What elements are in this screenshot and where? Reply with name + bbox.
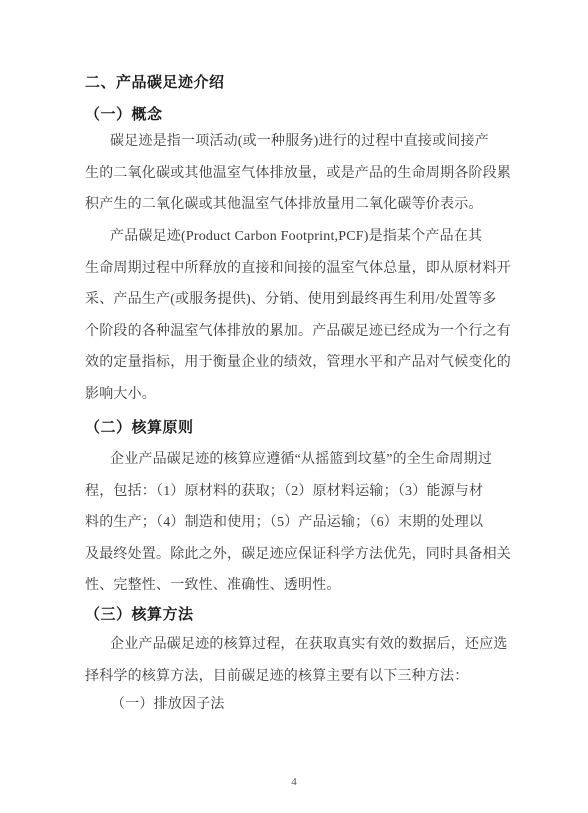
section-title-accounting-methods: （三）核算方法: [85, 605, 194, 625]
page-number: 4: [0, 775, 588, 789]
document-page: 二、产品碳足迹介绍 （一）概念 碳足迹是指一项活动(或一种服务)进行的过程中直接…: [0, 0, 588, 813]
paragraph-carbon-footprint-definition: 碳足迹是指一项活动(或一种服务)进行的过程中直接或间接产 生的二氧化碳或其他温室…: [85, 126, 565, 221]
paragraph-accounting-principles: 企业产品碳足迹的核算应遵循“从摇篮到坟墓”的全生命周期过 程，包括：（1）原材料…: [85, 444, 565, 602]
section-title-accounting-principles: （二）核算原则: [85, 418, 194, 438]
section-title-concept: （一）概念: [85, 105, 163, 125]
chapter-heading: 二、产品碳足迹介绍: [85, 73, 225, 93]
list-item-emission-factor-method: （一）排放因子法: [85, 689, 225, 721]
paragraph-accounting-methods: 企业产品碳足迹的核算过程，在获取真实有效的数据后，还应选 择科学的核算方法，目前…: [85, 629, 565, 692]
paragraph-pcf-definition: 产品碳足迹(Product Carbon Footprint,PCF)是指某个产…: [85, 221, 565, 411]
